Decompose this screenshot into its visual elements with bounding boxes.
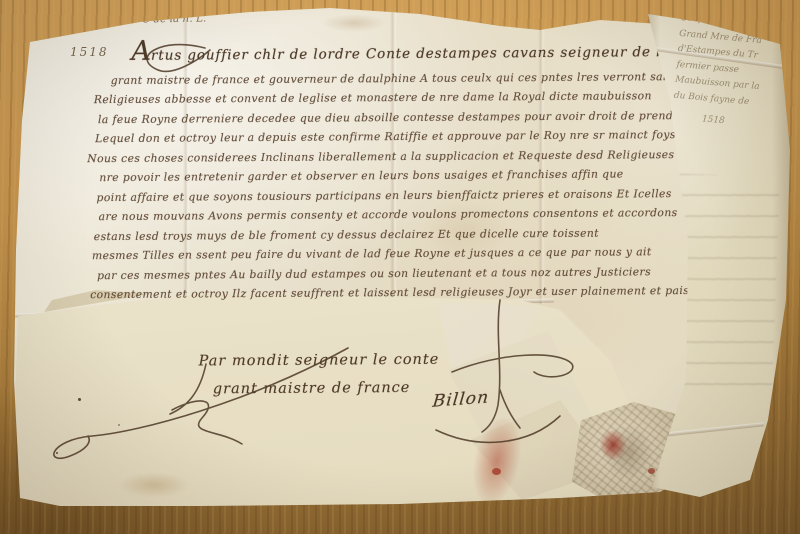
manuscript-line: estans lesd troys muys de ble froment cy… bbox=[94, 227, 599, 244]
manuscript-line: la feue Royne derreniere decedee que die… bbox=[98, 109, 686, 126]
manuscript-line: grant maistre de france et gouverneur de… bbox=[111, 70, 679, 87]
manuscript-line: are nous mouvans Avons permis consenty e… bbox=[99, 206, 678, 223]
opening-line: Artus gouffier chlr de lordre Conte dest… bbox=[131, 32, 696, 67]
endorsement-year: 1518 bbox=[701, 112, 792, 135]
manuscript-line: Lequel don et octroy leur a depuis este … bbox=[95, 128, 676, 145]
manuscript-line: point affaire et que soyons tousiours pa… bbox=[96, 187, 671, 204]
manuscript-line: consentement et octroy Ilz facent seuffr… bbox=[90, 284, 689, 301]
manuscript-line: par ces mesmes pntes Au bailly dud estam… bbox=[97, 265, 651, 282]
manuscript-line: Nous ces choses considerees Inclinans li… bbox=[87, 148, 692, 165]
manuscript-line: Religieuses abbesse et convent de leglis… bbox=[94, 89, 652, 106]
closing-formula-line1: Par mondit seigneur le conte bbox=[199, 352, 440, 370]
manuscript-line: mesmes Tilles en ssent peu faire du viva… bbox=[92, 245, 652, 262]
photo-of-parchment-charter: 6 mars C de la h. L. 1518 Artus gouffier… bbox=[0, 0, 800, 534]
manuscript-line: nre povoir les entretenir garder et obse… bbox=[99, 167, 623, 184]
signature-billon: Billon bbox=[432, 387, 491, 411]
closing-formula-line2: grant maistre de france bbox=[213, 380, 411, 397]
